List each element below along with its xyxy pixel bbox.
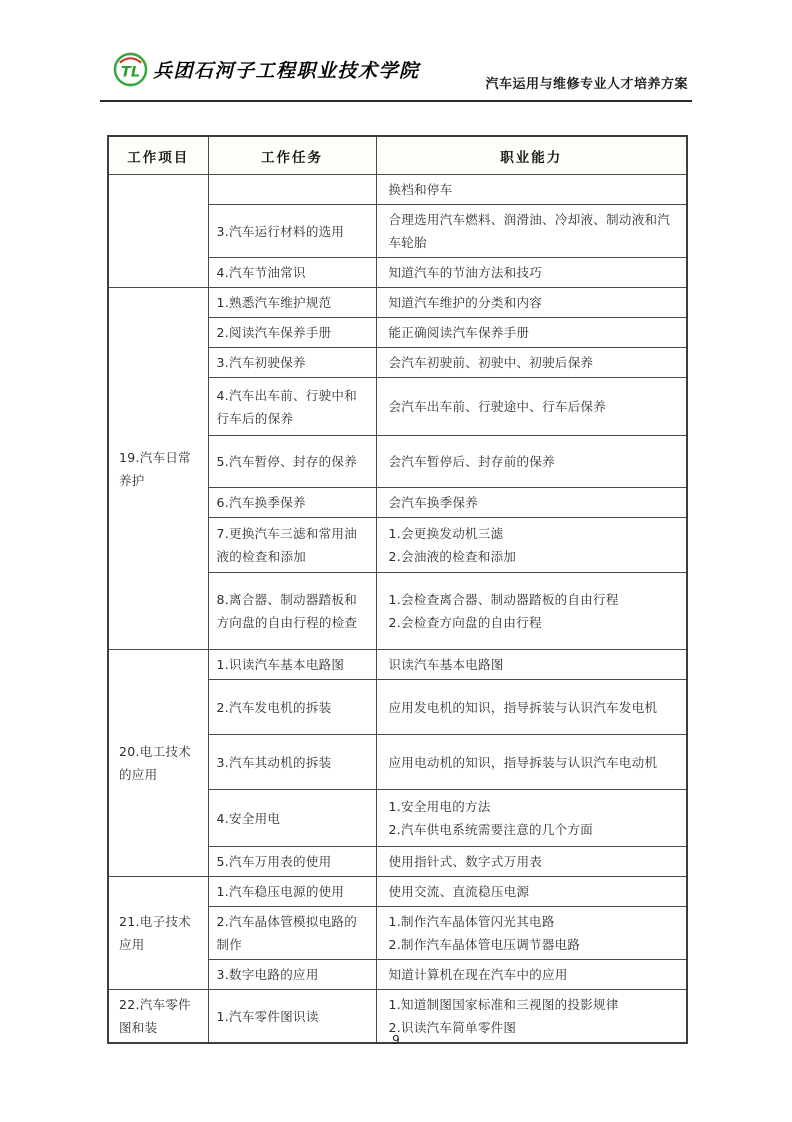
table-row: 21.电子技术应用 1.汽车稳压电源的使用 使用交流、直流稳压电源 [108,877,687,907]
ability-line: 知道计算机在现在汽车中的应用 [389,963,677,986]
school-logo-icon: TL [113,52,148,87]
task-cell: 6.汽车换季保养 [208,488,376,518]
ability-cell: 知道计算机在现在汽车中的应用 [376,960,687,990]
ability-line: 应用电动机的知识，指导拆装与认识汽车电动机 [389,751,677,774]
task-cell: 2.汽车晶体管模拟电路的制作 [208,907,376,960]
ability-cell: 会汽车暂停后、封存前的保养 [376,436,687,488]
project-cell: 19.汽车日常养护 [108,288,208,650]
project-cell [108,175,208,288]
task-cell: 3.汽车运行材料的选用 [208,205,376,258]
ability-line: 会汽车换季保养 [389,491,677,514]
brand: TL 兵团石河子工程职业技术学院 [113,52,420,87]
task-cell: 4.汽车出车前、行驶中和行车后的保养 [208,378,376,436]
task-cell: 5.汽车暂停、封存的保养 [208,436,376,488]
col-header-project: 工作项目 [108,136,208,175]
ability-line: 1.知道制图国家标准和三视图的投影规律 [389,993,677,1016]
ability-line: 知道汽车维护的分类和内容 [389,291,677,314]
ability-line: 会汽车出车前、行驶途中、行车后保养 [389,395,677,418]
page-number: 9 [0,1033,792,1047]
ability-line: 1.制作汽车晶体管闪光其电路 [389,910,677,933]
ability-cell: 会汽车换季保养 [376,488,687,518]
ability-cell: 使用交流、直流稳压电源 [376,877,687,907]
col-header-task: 工作任务 [208,136,376,175]
ability-cell: 应用电动机的知识，指导拆装与认识汽车电动机 [376,735,687,790]
ability-line: 2.会油液的检查和添加 [389,545,677,568]
ability-cell: 识读汽车基本电路图 [376,650,687,680]
work-ability-table: 工作项目 工作任务 职业能力 换档和停车 3.汽车运行材料的选用 合理选用汽车燃… [107,135,688,1044]
task-cell: 3.汽车其动机的拆装 [208,735,376,790]
ability-line: 知道汽车的节油方法和技巧 [389,261,677,284]
project-cell: 21.电子技术应用 [108,877,208,990]
ability-line: 应用发电机的知识，指导拆装与认识汽车发电机 [389,696,677,719]
ability-cell: 会汽车初驶前、初驶中、初驶后保养 [376,348,687,378]
task-cell: 7.更换汽车三滤和常用油液的检查和添加 [208,518,376,573]
ability-line: 使用指针式、数字式万用表 [389,850,677,873]
ability-cell: 1.制作汽车晶体管闪光其电路 2.制作汽车晶体管电压调节器电路 [376,907,687,960]
project-cell: 20.电工技术的应用 [108,650,208,877]
task-cell [208,175,376,205]
ability-cell: 能正确阅读汽车保养手册 [376,318,687,348]
school-name: 兵团石河子工程职业技术学院 [153,56,420,83]
ability-cell: 知道汽车的节油方法和技巧 [376,258,687,288]
col-header-ability: 职业能力 [376,136,687,175]
header-divider [100,100,692,102]
ability-line: 1.会更换发动机三滤 [389,522,677,545]
ability-cell: 换档和停车 [376,175,687,205]
ability-cell: 使用指针式、数字式万用表 [376,847,687,877]
svg-text:TL: TL [121,63,140,80]
ability-line: 2.汽车供电系统需要注意的几个方面 [389,818,677,841]
task-cell: 8.离合器、制动器踏板和方向盘的自由行程的检查 [208,573,376,650]
task-cell: 1.熟悉汽车维护规范 [208,288,376,318]
task-cell: 4.汽车节油常识 [208,258,376,288]
ability-line: 2.会检查方向盘的自由行程 [389,611,677,634]
task-cell: 2.汽车发电机的拆装 [208,680,376,735]
task-cell: 5.汽车万用表的使用 [208,847,376,877]
ability-line: 会汽车暂停后、封存前的保养 [389,450,677,473]
doc-title: 汽车运用与维修专业人才培养方案 [485,73,688,92]
task-cell: 1.汽车稳压电源的使用 [208,877,376,907]
task-cell: 3.数字电路的应用 [208,960,376,990]
table-row: 19.汽车日常养护 1.熟悉汽车维护规范 知道汽车维护的分类和内容 [108,288,687,318]
ability-line: 1.会检查离合器、制动器踏板的自由行程 [389,588,677,611]
ability-cell: 应用发电机的知识，指导拆装与认识汽车发电机 [376,680,687,735]
ability-line: 能正确阅读汽车保养手册 [389,321,677,344]
ability-line: 合理选用汽车燃料、润滑油、冷却液、制动液和汽车轮胎 [389,208,677,254]
document-page: TL 兵团石河子工程职业技术学院 汽车运用与维修专业人才培养方案 工作项目 工作… [0,0,792,1122]
ability-line: 识读汽车基本电路图 [389,653,677,676]
ability-cell: 会汽车出车前、行驶途中、行车后保养 [376,378,687,436]
ability-cell: 1.会更换发动机三滤 2.会油液的检查和添加 [376,518,687,573]
table-row: 20.电工技术的应用 1.识读汽车基本电路图 识读汽车基本电路图 [108,650,687,680]
task-cell: 1.识读汽车基本电路图 [208,650,376,680]
table-header-row: 工作项目 工作任务 职业能力 [108,136,687,175]
ability-line: 换档和停车 [389,178,677,201]
ability-line: 2.制作汽车晶体管电压调节器电路 [389,933,677,956]
task-cell: 2.阅读汽车保养手册 [208,318,376,348]
ability-line: 1.安全用电的方法 [389,795,677,818]
task-cell: 4.安全用电 [208,790,376,847]
ability-cell: 1.安全用电的方法 2.汽车供电系统需要注意的几个方面 [376,790,687,847]
ability-line: 使用交流、直流稳压电源 [389,880,677,903]
table-row: 换档和停车 [108,175,687,205]
ability-line: 会汽车初驶前、初驶中、初驶后保养 [389,351,677,374]
ability-cell: 知道汽车维护的分类和内容 [376,288,687,318]
task-cell: 3.汽车初驶保养 [208,348,376,378]
ability-cell: 合理选用汽车燃料、润滑油、冷却液、制动液和汽车轮胎 [376,205,687,258]
ability-cell: 1.会检查离合器、制动器踏板的自由行程 2.会检查方向盘的自由行程 [376,573,687,650]
